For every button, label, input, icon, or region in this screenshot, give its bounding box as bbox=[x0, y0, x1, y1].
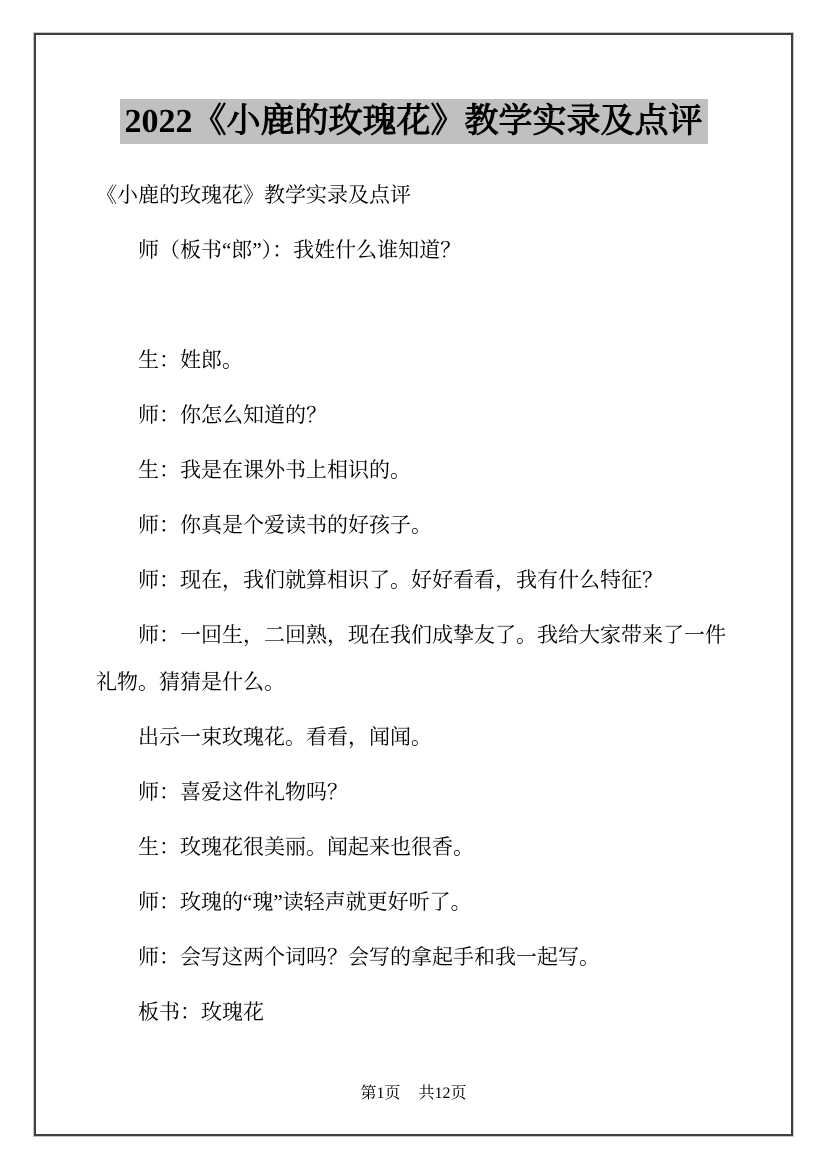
document-title: 2022《小鹿的玫瑰花》教学实录及点评 bbox=[120, 99, 708, 144]
paragraph: 师：你怎么知道的？ bbox=[96, 392, 731, 439]
paragraph: 师：你真是个爱读书的好孩子。 bbox=[96, 502, 731, 549]
paragraph: 《小鹿的玫瑰花》教学实录及点评 bbox=[96, 172, 731, 219]
title-row: 2022《小鹿的玫瑰花》教学实录及点评 bbox=[96, 35, 731, 144]
paragraph: 生：玫瑰花很美丽。闻起来也很香。 bbox=[96, 824, 731, 871]
paragraph: 板书：玫瑰花 bbox=[96, 989, 731, 1036]
paragraph: 师：玫瑰的“瑰”读轻声就更好听了。 bbox=[96, 879, 731, 926]
page-content-area: 2022《小鹿的玫瑰花》教学实录及点评 《小鹿的玫瑰花》教学实录及点评 师（板书… bbox=[36, 35, 791, 1134]
paragraph: 师：喜爱这件礼物吗？ bbox=[96, 769, 731, 816]
document-page-sheet: 2022《小鹿的玫瑰花》教学实录及点评 《小鹿的玫瑰花》教学实录及点评 师（板书… bbox=[34, 33, 793, 1136]
paragraph: 师：会写这两个词吗？会写的拿起手和我一起写。 bbox=[96, 934, 731, 981]
footer-total-pages: 共12页 bbox=[419, 1084, 467, 1104]
paragraph: 生：我是在课外书上相识的。 bbox=[96, 447, 731, 494]
paragraph: 出示一束玫瑰花。看看，闻闻。 bbox=[96, 714, 731, 761]
paragraph: 师（板书“郎”）：我姓什么谁知道？ bbox=[96, 227, 731, 274]
paragraph-list: 《小鹿的玫瑰花》教学实录及点评 师（板书“郎”）：我姓什么谁知道？ 生：姓郎。 … bbox=[96, 172, 731, 1036]
paragraph: 师：一回生，二回熟，现在我们成挚友了。我给大家带来了一件礼物。猜猜是什么。 bbox=[96, 612, 731, 706]
paragraph: 生：姓郎。 bbox=[96, 337, 731, 384]
paragraph: 师：现在，我们就算相识了。好好看看，我有什么特征？ bbox=[96, 557, 731, 604]
paragraph bbox=[96, 282, 731, 329]
page-footer: 第1页 共12页 bbox=[36, 1084, 791, 1104]
footer-current-page: 第1页 bbox=[360, 1084, 400, 1104]
